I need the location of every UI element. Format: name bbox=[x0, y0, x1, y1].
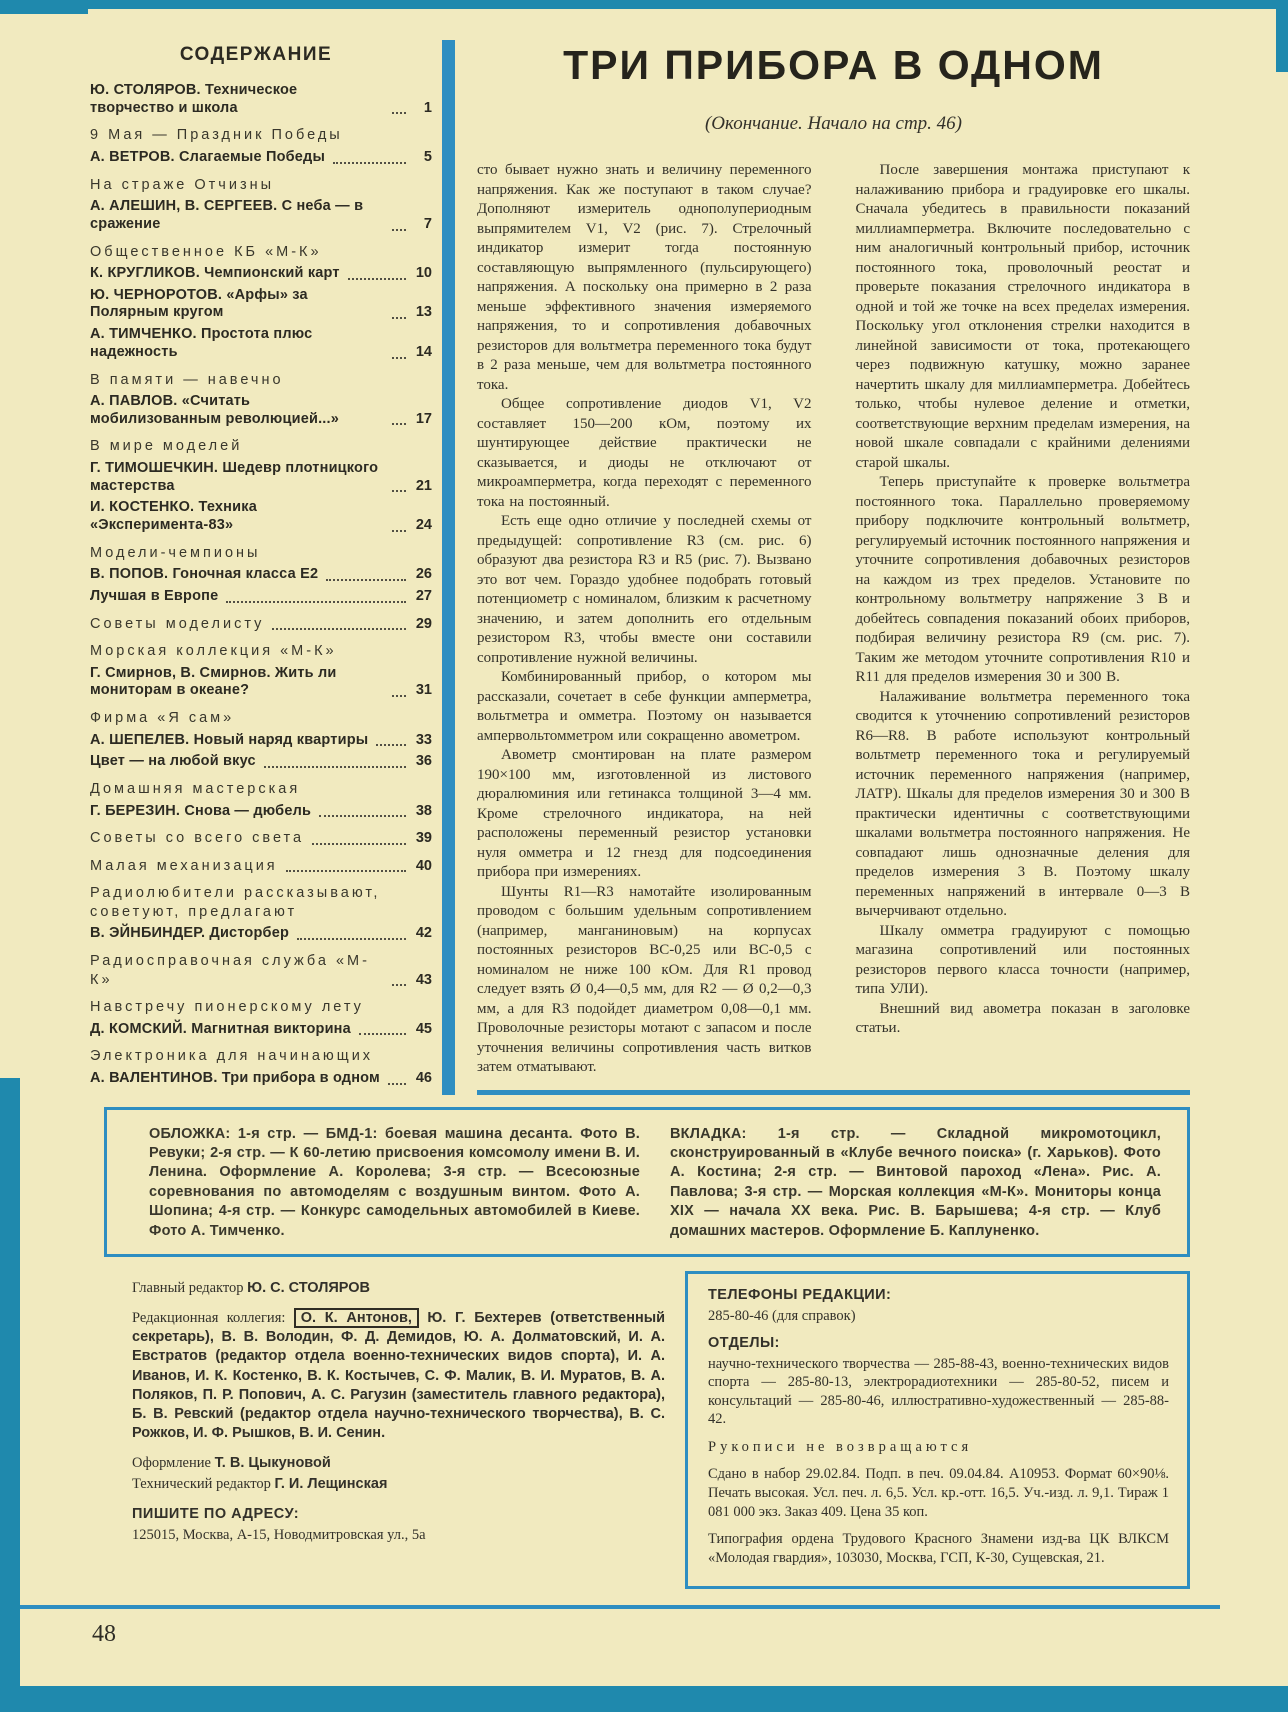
address: 125015, Москва, А-15, Новодмитровская ул… bbox=[132, 1526, 665, 1545]
design-line: Оформление Т. В. Цыкуновой bbox=[132, 1454, 665, 1473]
toc-page-number: 27 bbox=[408, 588, 432, 606]
toc-item: А. ВЕТРОВ. Слагаемые Победы5 bbox=[90, 149, 432, 167]
dot-leader bbox=[272, 628, 406, 630]
toc-page-number: 46 bbox=[408, 1070, 432, 1088]
departments-list: научно-технического творчества — 285-88-… bbox=[708, 1355, 1169, 1429]
paragraph: Общее сопротивление диодов V1, V2 состав… bbox=[477, 395, 812, 512]
vertical-rule bbox=[442, 40, 455, 1095]
toc-section-header: Электроника для начинающих bbox=[90, 1047, 432, 1066]
dot-leader bbox=[392, 695, 406, 697]
toc-item: А. АЛЕШИН, В. СЕРГЕЕВ. С неба — в сражен… bbox=[90, 198, 432, 233]
toc-page-number: 36 bbox=[408, 753, 432, 771]
paragraph: Есть еще одно отличие у последней схемы … bbox=[477, 512, 812, 668]
dot-leader bbox=[392, 423, 406, 425]
toc-item: К. КРУГЛИКОВ. Чемпионский карт10 bbox=[90, 265, 432, 283]
dot-leader bbox=[392, 490, 406, 492]
toc-page-number: 5 bbox=[408, 149, 432, 167]
article-title: ТРИ ПРИБОРА В ОДНОМ bbox=[477, 42, 1190, 89]
toc-item: Радиосправочная служба «М-К»43 bbox=[90, 952, 432, 989]
toc-section-header: В мире моделей bbox=[90, 437, 432, 456]
page-number: 48 bbox=[92, 1621, 1190, 1648]
departments-label: ОТДЕЛЫ: bbox=[708, 1334, 1169, 1353]
phones-info: 285-80-46 (для справок) bbox=[708, 1307, 1169, 1326]
dot-leader bbox=[264, 766, 406, 768]
printing-house: Типография ордена Трудового Красного Зна… bbox=[708, 1530, 1169, 1567]
toc-item: Цвет — на любой вкус36 bbox=[90, 753, 432, 771]
toc-page-number: 13 bbox=[408, 304, 432, 322]
toc-section-header: Домашняя мастерская bbox=[90, 780, 432, 799]
address-label: ПИШИТЕ ПО АДРЕСУ: bbox=[132, 1505, 665, 1524]
toc-page-number: 39 bbox=[408, 829, 432, 848]
toc-section-header: Фирма «Я сам» bbox=[90, 709, 432, 728]
dot-leader bbox=[333, 162, 406, 164]
frame-bottom bbox=[0, 1686, 1288, 1712]
editorial-board: Редакционная коллегия: О. К. Антонов, Ю.… bbox=[132, 1309, 665, 1443]
paragraph: Шкалу омметра градуируют с помощью магаз… bbox=[856, 922, 1191, 1000]
dot-leader bbox=[392, 984, 406, 986]
bottom-rule bbox=[20, 1605, 1220, 1609]
paragraph: Авометр смонтирован на плате размером 19… bbox=[477, 746, 812, 883]
toc-item: Д. КОМСКИЙ. Магнитная викторина45 bbox=[90, 1021, 432, 1039]
boxed-name: О. К. Антонов, bbox=[294, 1308, 419, 1328]
toc-page-number: 1 bbox=[408, 100, 432, 118]
dot-leader bbox=[392, 229, 406, 231]
article-subtitle: (Окончание. Начало на стр. 46) bbox=[477, 113, 1190, 135]
toc-item: Г. Смирнов, В. Смирнов. Жить ли монитора… bbox=[90, 665, 432, 700]
toc-item: Ю. ЧЕРНОРОТОВ. «Арфы» за Полярным кругом… bbox=[90, 287, 432, 322]
tech-editor-line: Технический редактор Г. И. Лещинская bbox=[132, 1475, 665, 1494]
page-content: СОДЕРЖАНИЕ Ю. СТОЛЯРОВ. Техническое твор… bbox=[0, 0, 1288, 1648]
colophon-row: Главный редактор Ю. С. СТОЛЯРОВ Редакцио… bbox=[90, 1271, 1190, 1589]
print-info: Сдано в набор 29.02.84. Подп. в печ. 09.… bbox=[708, 1465, 1169, 1521]
toc-page-number: 33 bbox=[408, 732, 432, 750]
toc-item: В. ПОПОВ. Гоночная класса Е226 bbox=[90, 566, 432, 584]
dot-leader bbox=[297, 938, 406, 940]
paragraph: Комбинированный прибор, о котором мы рас… bbox=[477, 668, 812, 746]
toc-item: В. ЭЙНБИНДЕР. Дисторбер42 bbox=[90, 925, 432, 943]
toc-page-number: 40 bbox=[408, 857, 432, 876]
dot-leader bbox=[319, 815, 406, 817]
board-members: Ю. Г. Бехтерев (ответственный секретарь)… bbox=[132, 1310, 665, 1441]
dot-leader bbox=[326, 579, 406, 581]
toc-page-number: 45 bbox=[408, 1021, 432, 1039]
paragraph: Шунты R1—R3 намотайте изолированным пров… bbox=[477, 883, 812, 1078]
manuscripts-note: Рукописи не возвращаются bbox=[708, 1438, 1169, 1457]
dot-leader bbox=[392, 112, 406, 114]
toc-page-number: 10 bbox=[408, 265, 432, 283]
main-row: СОДЕРЖАНИЕ Ю. СТОЛЯРОВ. Техническое твор… bbox=[90, 40, 1190, 1095]
dot-leader bbox=[226, 601, 406, 603]
table-of-contents: СОДЕРЖАНИЕ Ю. СТОЛЯРОВ. Техническое твор… bbox=[90, 40, 442, 1095]
phones-title: ТЕЛЕФОНЫ РЕДАКЦИИ: bbox=[708, 1286, 1169, 1305]
dot-leader bbox=[388, 1083, 406, 1085]
cover-description: ОБЛОЖКА: 1-я стр. — БМД-1: боевая машина… bbox=[149, 1125, 640, 1242]
dot-leader bbox=[286, 870, 406, 872]
toc-section-header: На страже Отчизны bbox=[90, 176, 432, 195]
toc-page-number: 31 bbox=[408, 682, 432, 700]
toc-section-header: В памяти — навечно bbox=[90, 371, 432, 390]
article-columns: сто бывает нужно знать и величину переме… bbox=[477, 161, 1190, 1078]
phones-box: ТЕЛЕФОНЫ РЕДАКЦИИ: 285-80-46 (для справо… bbox=[685, 1271, 1190, 1589]
paragraph: Внешний вид авометра показан в заголовке… bbox=[856, 1000, 1191, 1039]
editorial-block: Главный редактор Ю. С. СТОЛЯРОВ Редакцио… bbox=[90, 1271, 669, 1589]
paragraph: Налаживание вольтметра переменного тока … bbox=[856, 688, 1191, 922]
toc-item: Малая механизация40 bbox=[90, 857, 432, 876]
chief-editor-line: Главный редактор Ю. С. СТОЛЯРОВ bbox=[132, 1279, 665, 1298]
toc-page-number: 43 bbox=[408, 971, 432, 990]
dot-leader bbox=[392, 530, 406, 532]
toc-section-header: Модели-чемпионы bbox=[90, 544, 432, 563]
toc-item: А. ШЕПЕЛЕВ. Новый наряд квартиры33 bbox=[90, 732, 432, 750]
toc-page-number: 21 bbox=[408, 478, 432, 496]
article-column-2: После завершения монтажа приступают к на… bbox=[856, 161, 1191, 1078]
toc-section-header: Радиолюбители рассказывают, советуют, пр… bbox=[90, 884, 432, 921]
toc-page-number: 38 bbox=[408, 803, 432, 821]
insert-description: ВКЛАДКА: 1-я стр. — Складной микромотоци… bbox=[670, 1125, 1161, 1242]
toc-item: Советы со всего света39 bbox=[90, 829, 432, 848]
article-column-1: сто бывает нужно знать и величину переме… bbox=[477, 161, 812, 1078]
dot-leader bbox=[348, 278, 406, 280]
magazine-page: СОДЕРЖАНИЕ Ю. СТОЛЯРОВ. Техническое твор… bbox=[0, 0, 1288, 1712]
toc-section-header: Общественное КБ «М-К» bbox=[90, 243, 432, 262]
toc-page-number: 24 bbox=[408, 517, 432, 535]
toc-item: Ю. СТОЛЯРОВ. Техническое творчество и шк… bbox=[90, 82, 432, 117]
article: ТРИ ПРИБОРА В ОДНОМ (Окончание. Начало н… bbox=[455, 40, 1190, 1095]
dot-leader bbox=[359, 1033, 406, 1035]
toc-page-number: 29 bbox=[408, 615, 432, 634]
toc-page-number: 26 bbox=[408, 566, 432, 584]
dot-leader bbox=[392, 357, 406, 359]
toc-section-header: Навстречу пионерскому лету bbox=[90, 998, 432, 1017]
horizontal-rule bbox=[477, 1090, 1190, 1095]
paragraph: Теперь приступайте к проверке вольтметра… bbox=[856, 473, 1191, 688]
toc-page-number: 14 bbox=[408, 344, 432, 362]
toc-item: И. КОСТЕНКО. Техника «Эксперимента-83»24 bbox=[90, 499, 432, 534]
paragraph: сто бывает нужно знать и величину переме… bbox=[477, 161, 812, 395]
toc-section-header: 9 Мая — Праздник Победы bbox=[90, 126, 432, 145]
toc-item: Г. БЕРЕЗИН. Снова — дюбель38 bbox=[90, 803, 432, 821]
toc-item: А. ПАВЛОВ. «Считать мобилизованным револ… bbox=[90, 393, 432, 428]
toc-page-number: 7 bbox=[408, 216, 432, 234]
toc-page-number: 42 bbox=[408, 925, 432, 943]
toc-item: Г. ТИМОШЕЧКИН. Шедевр плотницкого мастер… bbox=[90, 460, 432, 495]
dot-leader bbox=[392, 317, 406, 319]
cover-inset-box: ОБЛОЖКА: 1-я стр. — БМД-1: боевая машина… bbox=[104, 1107, 1190, 1258]
toc-item: Лучшая в Европе27 bbox=[90, 588, 432, 606]
toc-title: СОДЕРЖАНИЕ bbox=[90, 44, 422, 66]
dot-leader bbox=[376, 744, 406, 746]
toc-item: Советы моделисту29 bbox=[90, 615, 432, 634]
toc-item: А. ВАЛЕНТИНОВ. Три прибора в одном46 bbox=[90, 1070, 432, 1088]
dot-leader bbox=[312, 843, 406, 845]
toc-item: А. ТИМЧЕНКО. Простота плюс надежность14 bbox=[90, 326, 432, 361]
chief-editor-name: Ю. С. СТОЛЯРОВ bbox=[247, 1280, 370, 1296]
toc-page-number: 17 bbox=[408, 411, 432, 429]
paragraph: После завершения монтажа приступают к на… bbox=[856, 161, 1191, 473]
toc-section-header: Морская коллекция «М-К» bbox=[90, 642, 432, 661]
